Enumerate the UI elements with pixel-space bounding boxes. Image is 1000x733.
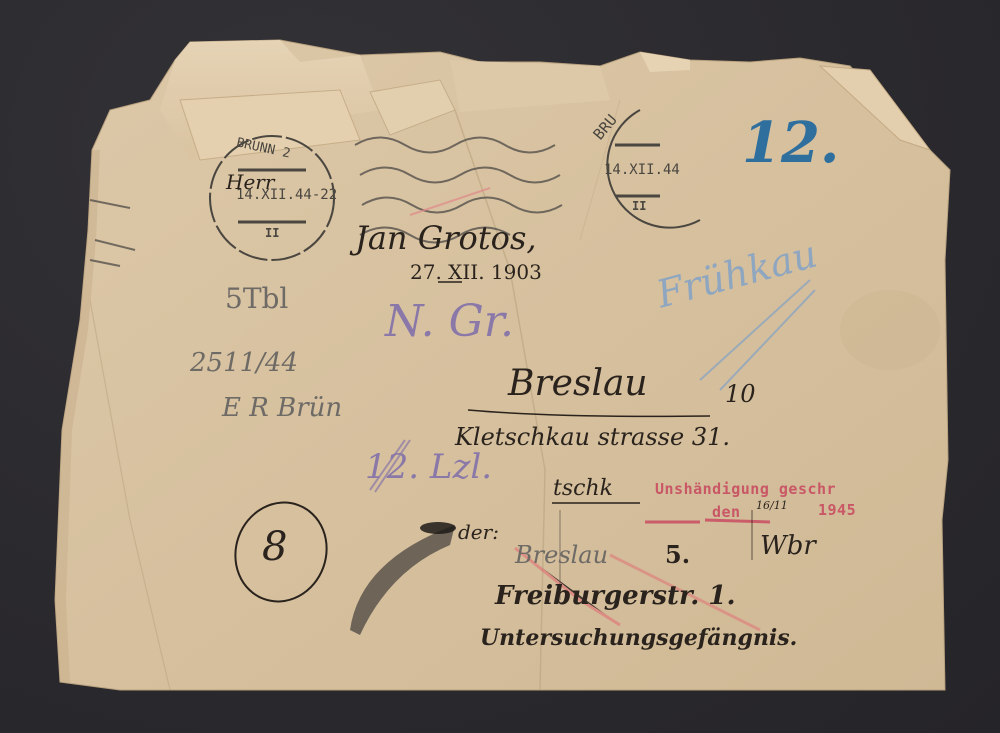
recipient-name: Jan Grotos, [355, 222, 537, 254]
red-stamp-date: 16/11 [756, 500, 788, 511]
blue-number: 12. [742, 115, 839, 171]
pencil-annotation-top: 5Tbl [225, 285, 288, 313]
sender-city: Breslau [515, 543, 608, 567]
recipient-city: Breslau [508, 366, 648, 402]
postmark-1-code: II [265, 227, 279, 239]
postmark-2-date: 14.XII.44 [604, 163, 680, 177]
pencil-annotation-number: 2511/44 [190, 350, 298, 376]
pencil-annotation-signature: E R Brün [222, 395, 342, 421]
sender-label: der: [458, 522, 499, 542]
red-stamp-year: 1945 [818, 503, 856, 518]
recipient-district: 10 [725, 382, 756, 406]
red-stamp-line1: Unshändigung geschr [655, 482, 836, 497]
postmark-2-code: II [632, 200, 646, 212]
purple-number: 12. Lzl. [365, 450, 492, 484]
checkmark-initial: Wbr [760, 533, 816, 559]
circled-number: 8 [262, 527, 287, 567]
sender-institution: Untersuchungsgefängnis. [480, 627, 797, 649]
recipient-street: Kletschkau strasse 31. [455, 425, 730, 449]
sender-district: 5. [665, 543, 690, 567]
purple-initials: N. Gr. [385, 300, 514, 344]
envelope-paper [0, 0, 1000, 733]
recipient-birthdate: 27. XII. 1903 [410, 262, 542, 282]
sender-street: Freiburgerstr. 1. [495, 583, 736, 609]
salutation: Herr [226, 172, 274, 192]
red-stamp-prefix: den [712, 505, 741, 520]
recipient-abbrev: tschk [553, 478, 613, 500]
